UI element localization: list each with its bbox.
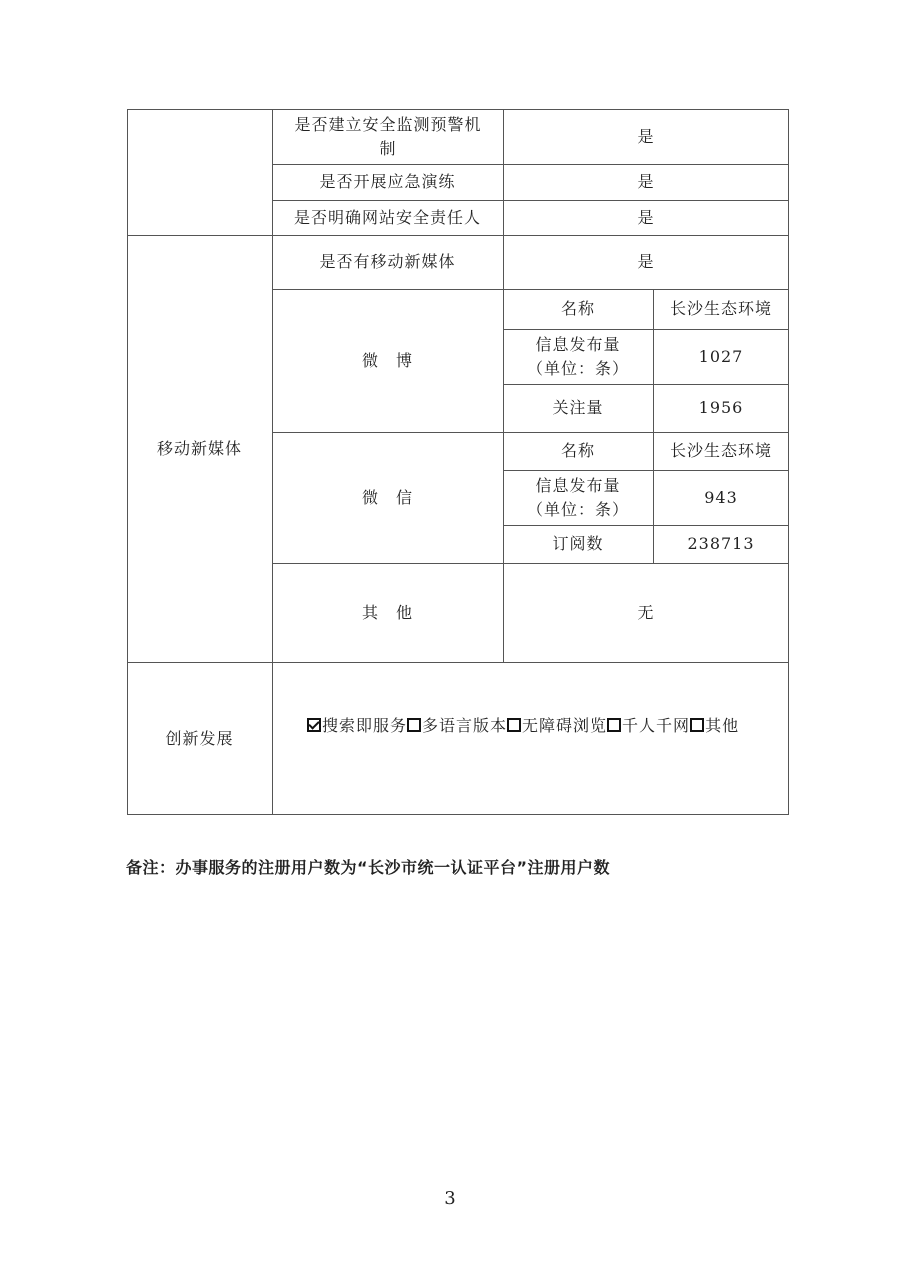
wechat-name-label: 名称 bbox=[503, 432, 653, 470]
weibo-name-label: 名称 bbox=[503, 289, 653, 329]
section-label-mobile: 移动新媒体 bbox=[127, 235, 272, 662]
weibo-posts-value: 1027 bbox=[653, 329, 789, 384]
page-number: 3 bbox=[0, 1188, 900, 1209]
option-label: 无障碍浏览 bbox=[522, 713, 607, 736]
row-label: 是否明确网站安全责任人 bbox=[272, 200, 503, 235]
option-label: 其他 bbox=[705, 713, 739, 736]
weibo-label: 微 博 bbox=[272, 289, 503, 432]
wechat-posts-value: 943 bbox=[653, 470, 789, 525]
option-label: 千人千网 bbox=[622, 713, 690, 736]
checkbox-icon[interactable] bbox=[507, 718, 521, 732]
has-mobile-label: 是否有移动新媒体 bbox=[272, 235, 503, 289]
weibo-follow-label: 关注量 bbox=[503, 384, 653, 432]
row-value: 是 bbox=[503, 110, 789, 164]
row-label: 是否开展应急演练 bbox=[272, 164, 503, 200]
other-label: 其 他 bbox=[272, 563, 503, 662]
checkbox-icon[interactable] bbox=[407, 718, 421, 732]
option-label: 搜索即服务 bbox=[322, 713, 407, 736]
has-mobile-value: 是 bbox=[503, 235, 789, 289]
row-value: 是 bbox=[503, 164, 789, 200]
checkbox-icon[interactable] bbox=[607, 718, 621, 732]
row-value: 是 bbox=[503, 200, 789, 235]
footnote: 备注：办事服务的注册用户数为“长沙市统一认证平台”注册用户数 bbox=[126, 855, 610, 878]
wechat-label: 微 信 bbox=[272, 432, 503, 563]
checkbox-checked-icon[interactable] bbox=[307, 718, 321, 732]
wechat-name-value: 长沙生态环境 bbox=[653, 432, 789, 470]
innovation-options: 搜索即服务 多语言版本 无障碍浏览 千人千网 其他 bbox=[307, 713, 739, 736]
option-label: 多语言版本 bbox=[422, 713, 507, 736]
checkbox-icon[interactable] bbox=[690, 718, 704, 732]
row-label: 是否建立安全监测预警机制 bbox=[290, 110, 486, 164]
other-value: 无 bbox=[503, 563, 789, 662]
wechat-posts-label: 信息发布量（单位：条） bbox=[525, 470, 631, 525]
wechat-sub-label: 订阅数 bbox=[503, 525, 653, 563]
weibo-follow-value: 1956 bbox=[653, 384, 789, 432]
weibo-posts-label: 信息发布量（单位：条） bbox=[525, 329, 631, 384]
weibo-name-value: 长沙生态环境 bbox=[653, 289, 789, 329]
wechat-sub-value: 238713 bbox=[653, 525, 789, 563]
section-label-innovation: 创新发展 bbox=[127, 662, 272, 815]
